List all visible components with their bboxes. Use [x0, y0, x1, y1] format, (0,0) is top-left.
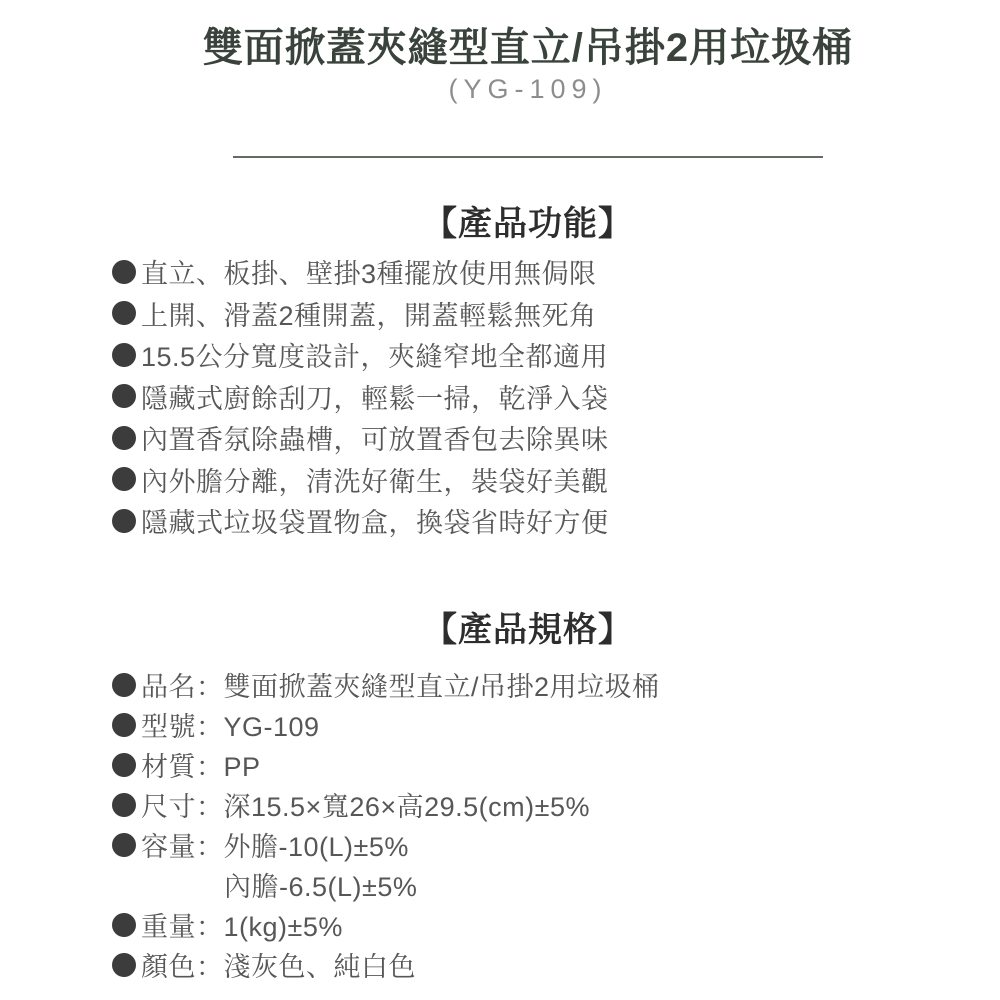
bullet-icon [112, 301, 136, 325]
spec-text: 重量：1(kg)±5% [141, 905, 343, 944]
spec-item-size: 尺寸：深15.5×寬26×高29.5(cm)±5% [112, 785, 1000, 825]
bullet-icon [112, 913, 136, 937]
bullet-icon [112, 953, 136, 977]
feature-item: 隱藏式垃圾袋置物盒，換袋省時好方便 [112, 500, 1000, 542]
product-info-page: 雙面掀蓋夾縫型直立/吊掛2用垃圾桶 (YG-109) 【產品功能】 直立、板掛、… [0, 0, 1000, 1000]
spec-item-capacity-outer: 容量：外膽-10(L)±5% [112, 825, 1000, 865]
bullet-icon [112, 793, 136, 817]
feature-text: 隱藏式垃圾袋置物盒，換袋省時好方便 [141, 501, 609, 540]
spec-text: 尺寸：深15.5×寬26×高29.5(cm)±5% [141, 785, 590, 824]
bullet-icon [112, 467, 136, 491]
bullet-icon [112, 260, 136, 284]
content-column: 雙面掀蓋夾縫型直立/吊掛2用垃圾桶 (YG-109) 【產品功能】 直立、板掛、… [56, 0, 1000, 985]
bullet-icon [112, 833, 136, 857]
bullet-icon [112, 426, 136, 450]
spec-item-model: 型號：YG-109 [112, 705, 1000, 745]
feature-text: 直立、板掛、壁掛3種擺放使用無侷限 [141, 252, 597, 291]
spec-text: 品名：雙面掀蓋夾縫型直立/吊掛2用垃圾桶 [141, 665, 660, 704]
bullet-icon [112, 343, 136, 367]
spec-item-name: 品名：雙面掀蓋夾縫型直立/吊掛2用垃圾桶 [112, 665, 1000, 705]
bullet-icon [112, 713, 136, 737]
feature-item: 上開、滑蓋2種開蓋，開蓋輕鬆無死角 [112, 293, 1000, 335]
features-list: 直立、板掛、壁掛3種擺放使用無侷限 上開、滑蓋2種開蓋，開蓋輕鬆無死角 15.5… [56, 251, 1000, 542]
spec-text: 顏色：淺灰色、純白色 [141, 945, 416, 984]
feature-text: 15.5公分寬度設計，夾縫窄地全都適用 [141, 335, 608, 374]
spec-text: 內膽-6.5(L)±5% [224, 865, 417, 904]
feature-item: 隱藏式廚餘刮刀，輕鬆一掃，乾淨入袋 [112, 376, 1000, 418]
feature-item: 內外膽分離，清洗好衛生，裝袋好美觀 [112, 459, 1000, 501]
features-heading: 【產品功能】 [56, 204, 1000, 244]
bullet-icon [112, 753, 136, 777]
spec-item-capacity-inner: 內膽-6.5(L)±5% [112, 865, 1000, 905]
spec-text: 材質：PP [141, 745, 261, 784]
specs-list: 品名：雙面掀蓋夾縫型直立/吊掛2用垃圾桶 型號：YG-109 材質：PP 尺寸：… [56, 665, 1000, 985]
bullet-icon [112, 384, 136, 408]
feature-text: 隱藏式廚餘刮刀，輕鬆一掃，乾淨入袋 [141, 377, 609, 416]
spec-item-material: 材質：PP [112, 745, 1000, 785]
spec-text: 容量：外膽-10(L)±5% [141, 825, 409, 864]
feature-item: 15.5公分寬度設計，夾縫窄地全都適用 [112, 334, 1000, 376]
model-number: (YG-109) [56, 74, 1000, 104]
spec-item-color: 顏色：淺灰色、純白色 [112, 945, 1000, 985]
bullet-icon [112, 673, 136, 697]
specs-heading: 【產品規格】 [56, 610, 1000, 650]
feature-item: 內置香氛除蟲槽，可放置香包去除異味 [112, 417, 1000, 459]
spec-item-weight: 重量：1(kg)±5% [112, 905, 1000, 945]
page-title: 雙面掀蓋夾縫型直立/吊掛2用垃圾桶 [56, 0, 1000, 72]
spec-text: 型號：YG-109 [141, 705, 320, 744]
divider-line [233, 156, 823, 158]
feature-text: 內外膽分離，清洗好衛生，裝袋好美觀 [141, 460, 609, 499]
feature-text: 內置香氛除蟲槽，可放置香包去除異味 [141, 418, 609, 457]
feature-text: 上開、滑蓋2種開蓋，開蓋輕鬆無死角 [141, 294, 597, 333]
feature-item: 直立、板掛、壁掛3種擺放使用無侷限 [112, 251, 1000, 293]
bullet-icon [112, 509, 136, 533]
